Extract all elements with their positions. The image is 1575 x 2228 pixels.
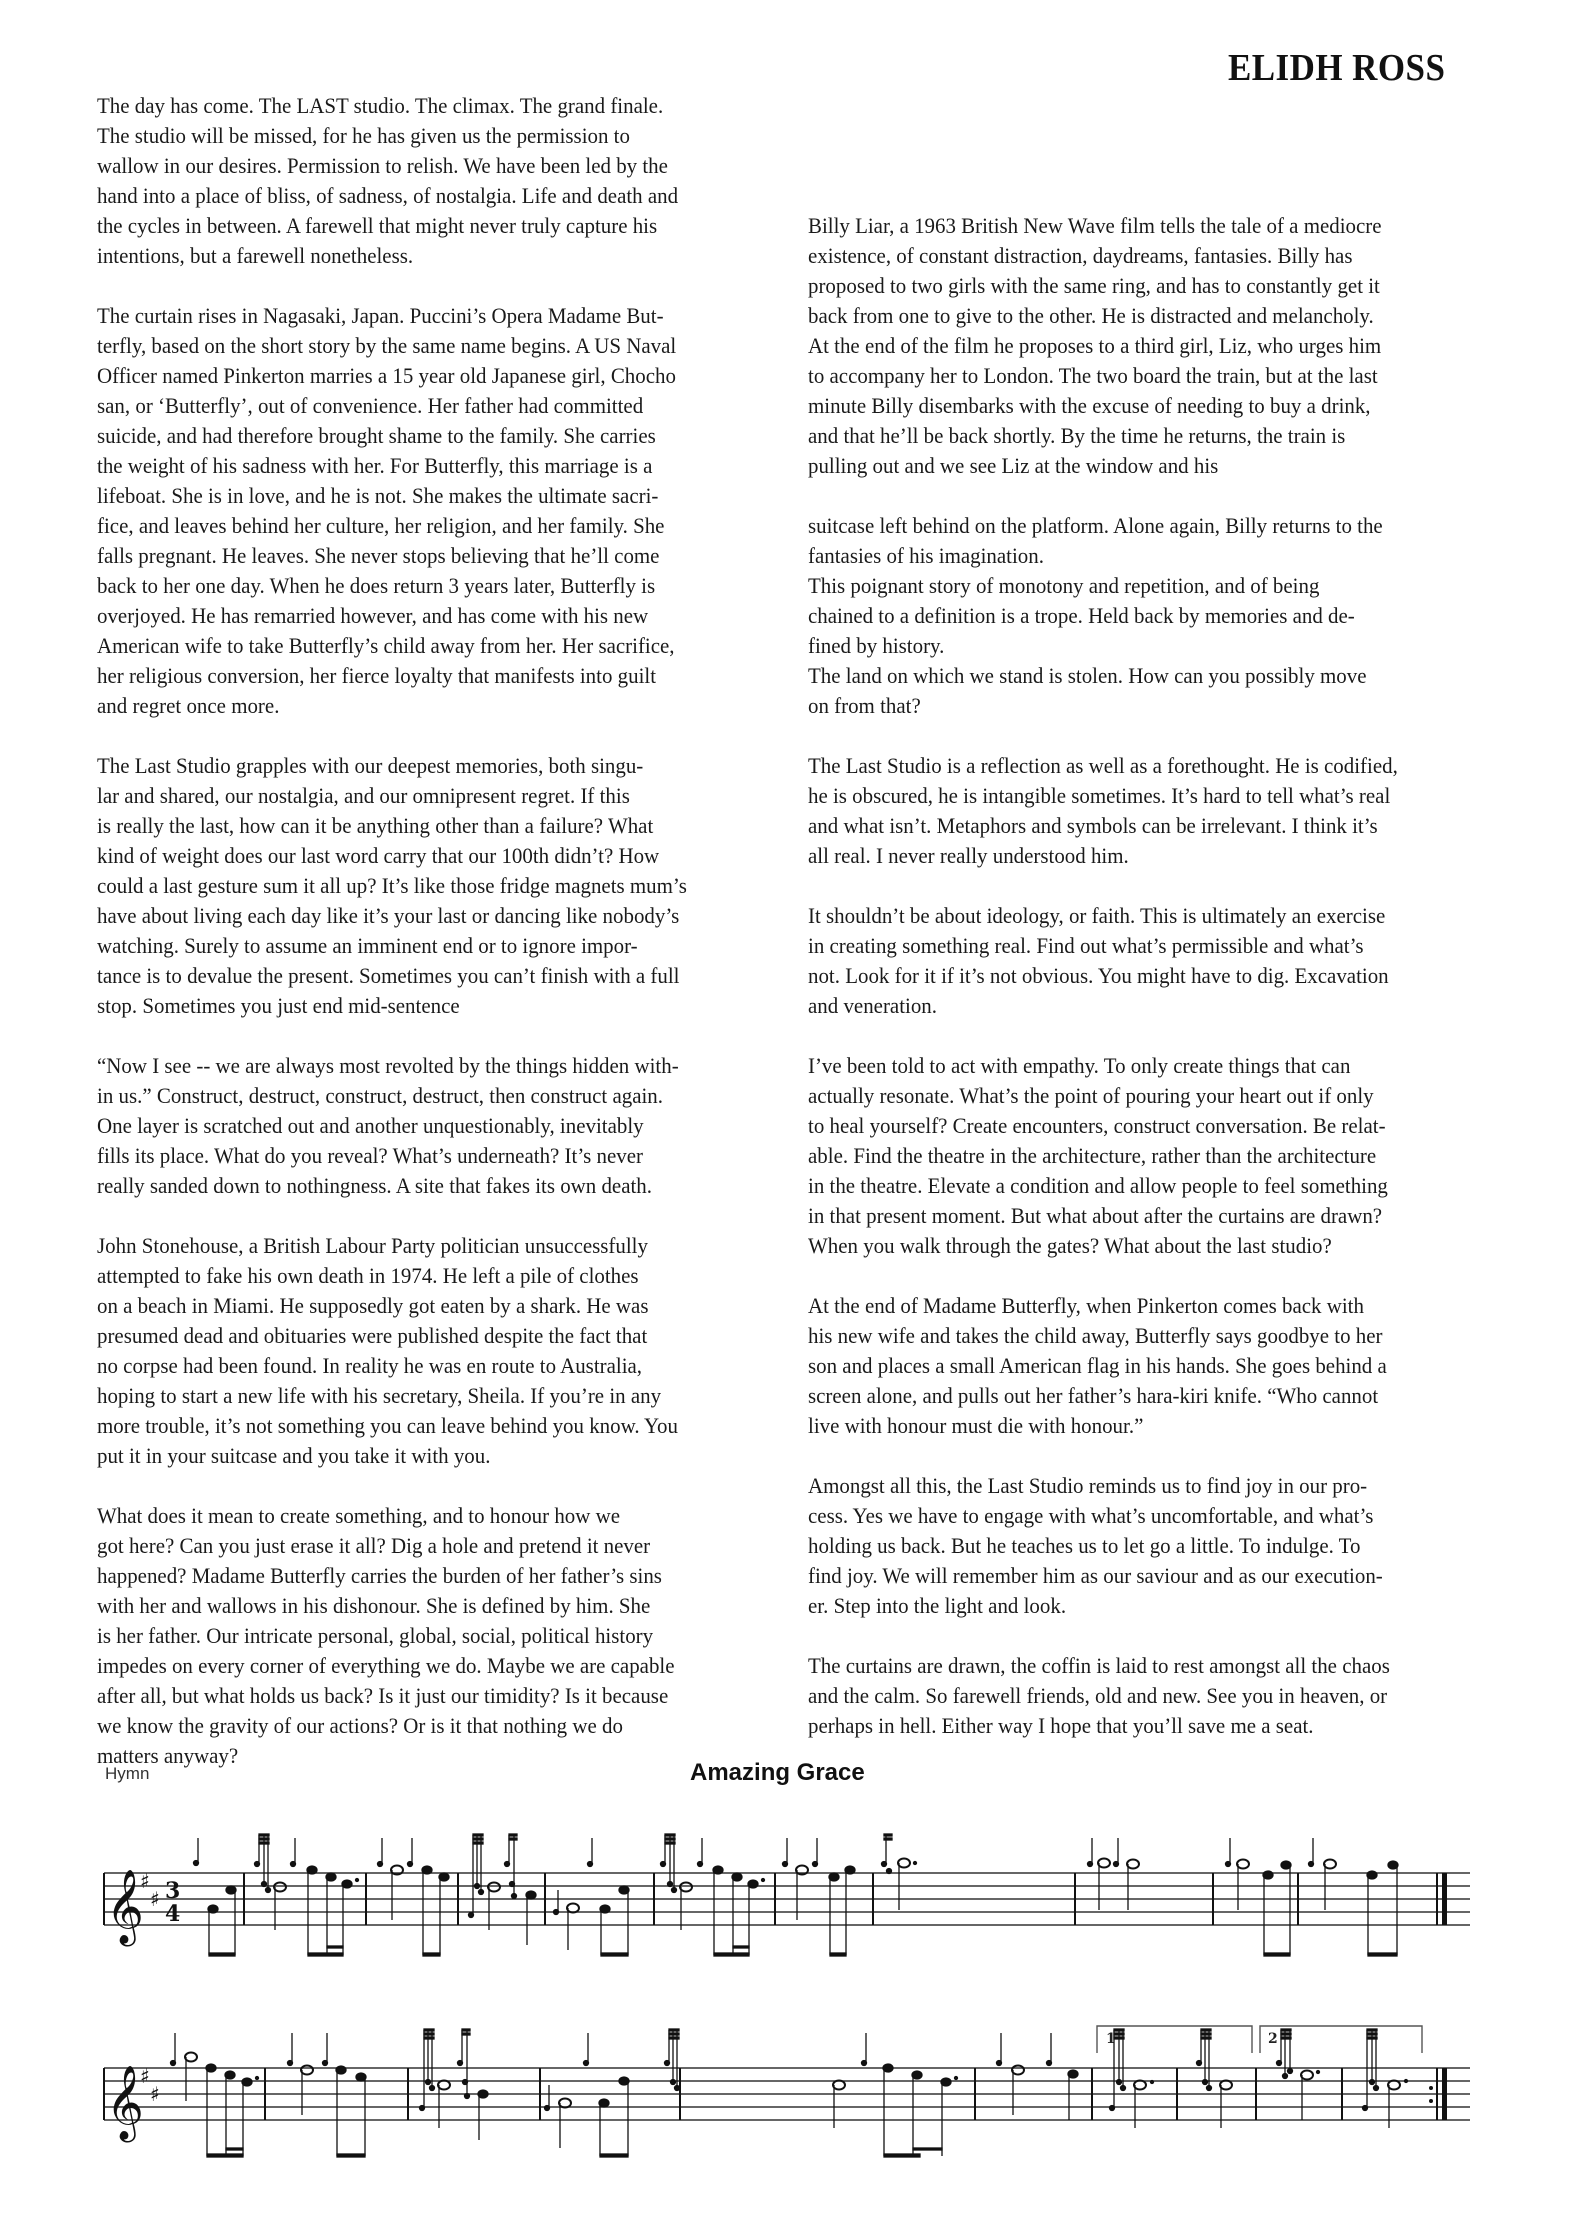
text-line: in that present moment. But what about a… <box>808 1201 1478 1231</box>
text-line: overjoyed. He has remarried however, and… <box>97 601 767 631</box>
text-line: cess. Yes we have to engage with what’s … <box>808 1501 1478 1531</box>
text-line: to heal yourself? Create encounters, con… <box>808 1111 1478 1141</box>
text-line: we know the gravity of our actions? Or i… <box>97 1711 767 1741</box>
text-line: impedes on every corner of everything we… <box>97 1651 767 1681</box>
music-title: Amazing Grace <box>690 1759 865 1787</box>
text-line: hand into a place of bliss, of sadness, … <box>97 181 767 211</box>
text-line: At the end of the film he proposes to a … <box>808 331 1478 361</box>
sheet-music: Hymn Amazing Grace 𝄞 ♯ ♯ 3 <box>0 1750 1575 2228</box>
paragraph: “Now I see -- we are always most revolte… <box>97 1051 817 1201</box>
text-line: perhaps in hell. Either way I hope that … <box>808 1711 1478 1741</box>
text-line: hoping to start a new life with his secr… <box>97 1381 767 1411</box>
text-line: Amongst all this, the Last Studio remind… <box>808 1471 1478 1501</box>
text-line: more trouble, it’s not something you can… <box>97 1411 767 1441</box>
text-line: terfly, based on the short story by the … <box>97 331 767 361</box>
text-line: kind of weight does our last word carry … <box>97 841 767 871</box>
text-line: It shouldn’t be about ideology, or faith… <box>808 901 1478 931</box>
svg-text:4: 4 <box>165 1901 180 1927</box>
svg-text:♯: ♯ <box>150 2082 160 2106</box>
text-line: live with honour must die with honour.” <box>808 1411 1478 1441</box>
paragraph: The Last Studio is a reflection as well … <box>808 751 1528 871</box>
text-line: American wife to take Butterfly’s child … <box>97 631 767 661</box>
text-line: not. Look for it if it’s not obvious. Yo… <box>808 961 1478 991</box>
text-line: falls pregnant. He leaves. She never sto… <box>97 541 767 571</box>
text-line: and that he’ll be back shortly. By the t… <box>808 421 1478 451</box>
text-line: The Last Studio is a reflection as well … <box>808 751 1478 781</box>
text-line: and veneration. <box>808 991 1478 1021</box>
text-line: in creating something real. Find out wha… <box>808 931 1478 961</box>
paragraph: Amongst all this, the Last Studio remind… <box>808 1471 1528 1621</box>
music-staff-2: 1 2 𝄞 ♯ ♯ <box>0 2010 1575 2190</box>
text-line: all real. I never really understood him. <box>808 841 1478 871</box>
text-line: suicide, and had therefore brought shame… <box>97 421 767 451</box>
volta-2-label: 2 <box>1268 2031 1278 2047</box>
text-line: lifeboat. She is in love, and he is not.… <box>97 481 767 511</box>
text-line: is her father. Our intricate personal, g… <box>97 1621 767 1651</box>
text-line: intentions, but a farewell nonetheless. <box>97 241 767 271</box>
text-line: When you walk through the gates? What ab… <box>808 1231 1478 1261</box>
text-line: got here? Can you just erase it all? Dig… <box>97 1531 767 1561</box>
text-line: is really the last, how can it be anythi… <box>97 811 767 841</box>
text-line: and regret once more. <box>97 691 767 721</box>
text-line: suitcase left behind on the platform. Al… <box>808 511 1478 541</box>
text-line: with her and wallows in his dishonour. S… <box>97 1591 767 1621</box>
music-staff-1: 𝄞 ♯ ♯ 3 4 <box>0 1820 1575 1990</box>
treble-clef-icon: 𝄞 <box>106 1870 144 1947</box>
left-text-column: The day has come. The LAST studio. The c… <box>97 91 817 1771</box>
text-line: chained to a definition is a trope. Held… <box>808 601 1478 631</box>
text-line: The curtains are drawn, the coffin is la… <box>808 1651 1478 1681</box>
text-line: find joy. We will remember him as our sa… <box>808 1561 1478 1591</box>
text-line: fills its place. What do you reveal? Wha… <box>97 1141 767 1171</box>
text-line: tance is to devalue the present. Sometim… <box>97 961 767 991</box>
paragraph: Billy Liar, a 1963 British New Wave film… <box>808 211 1528 481</box>
paragraph: The Last Studio grapples with our deepes… <box>97 751 817 1021</box>
paragraph: The curtains are drawn, the coffin is la… <box>808 1651 1528 1741</box>
text-line: able. Find the theatre in the architectu… <box>808 1141 1478 1171</box>
text-line: on from that? <box>808 691 1478 721</box>
text-line: in the theatre. Elevate a condition and … <box>808 1171 1478 1201</box>
text-line: At the end of Madame Butterfly, when Pin… <box>808 1291 1478 1321</box>
text-line: holding us back. But he teaches us to le… <box>808 1531 1478 1561</box>
paragraph: What does it mean to create something, a… <box>97 1501 817 1771</box>
text-line: have about living each day like it’s you… <box>97 901 767 931</box>
text-line: fice, and leaves behind her culture, her… <box>97 511 767 541</box>
text-line: the weight of his sadness with her. For … <box>97 451 767 481</box>
text-line: put it in your suitcase and you take it … <box>97 1441 767 1471</box>
text-line: he is obscured, he is intangible sometim… <box>808 781 1478 811</box>
paragraph: The curtain rises in Nagasaki, Japan. Pu… <box>97 301 817 721</box>
text-line: The curtain rises in Nagasaki, Japan. Pu… <box>97 301 767 331</box>
text-line: and the calm. So farewell friends, old a… <box>808 1681 1478 1711</box>
text-line: presumed dead and obituaries were publis… <box>97 1321 767 1351</box>
text-line: Officer named Pinkerton marries a 15 yea… <box>97 361 767 391</box>
text-line: The day has come. The LAST studio. The c… <box>97 91 767 121</box>
paragraph: I’ve been told to act with empathy. To o… <box>808 1051 1528 1261</box>
text-line: watching. Surely to assume an imminent e… <box>97 931 767 961</box>
svg-text:♯: ♯ <box>140 1869 150 1893</box>
text-line: san, or ‘Butterfly’, out of convenience.… <box>97 391 767 421</box>
text-line: Billy Liar, a 1963 British New Wave film… <box>808 211 1478 241</box>
text-line: the cycles in between. A farewell that m… <box>97 211 767 241</box>
text-line: attempted to fake his own death in 1974.… <box>97 1261 767 1291</box>
text-line: fined by history. <box>808 631 1478 661</box>
text-line: wallow in our desires. Permission to rel… <box>97 151 767 181</box>
text-line: “Now I see -- we are always most revolte… <box>97 1051 767 1081</box>
paragraph: It shouldn’t be about ideology, or faith… <box>808 901 1528 1021</box>
text-line: stop. Sometimes you just end mid-sentenc… <box>97 991 767 1021</box>
text-line: happened? Madame Butterfly carries the b… <box>97 1561 767 1591</box>
text-line: actually resonate. What’s the point of p… <box>808 1081 1478 1111</box>
text-line: back to her one day. When he does return… <box>97 571 767 601</box>
author-name: ELIDH ROSS <box>1228 46 1445 90</box>
right-text-column: Billy Liar, a 1963 British New Wave film… <box>808 211 1528 1741</box>
text-line: I’ve been told to act with empathy. To o… <box>808 1051 1478 1081</box>
paragraph: suitcase left behind on the platform. Al… <box>808 511 1528 721</box>
text-line: John Stonehouse, a British Labour Party … <box>97 1231 767 1261</box>
text-line: This poignant story of monotony and repe… <box>808 571 1478 601</box>
svg-text:♯: ♯ <box>150 1887 160 1911</box>
text-line: back from one to give to the other. He i… <box>808 301 1478 331</box>
text-line: on a beach in Miami. He supposedly got e… <box>97 1291 767 1321</box>
paragraph: John Stonehouse, a British Labour Party … <box>97 1231 817 1471</box>
text-line: in us.” Construct, destruct, construct, … <box>97 1081 767 1111</box>
text-line: The studio will be missed, for he has gi… <box>97 121 767 151</box>
text-line: no corpse had been found. In reality he … <box>97 1351 767 1381</box>
text-line: screen alone, and pulls out her father’s… <box>808 1381 1478 1411</box>
hymn-label: Hymn <box>105 1764 149 1784</box>
text-line: after all, but what holds us back? Is it… <box>97 1681 767 1711</box>
text-line: son and places a small American flag in … <box>808 1351 1478 1381</box>
paragraph: The day has come. The LAST studio. The c… <box>97 91 817 271</box>
text-line: minute Billy disembarks with the excuse … <box>808 391 1478 421</box>
svg-text:♯: ♯ <box>140 2064 150 2088</box>
text-line: could a last gesture sum it all up? It’s… <box>97 871 767 901</box>
text-line: to accompany her to London. The two boar… <box>808 361 1478 391</box>
text-line: his new wife and takes the child away, B… <box>808 1321 1478 1351</box>
text-line: really sanded down to nothingness. A sit… <box>97 1171 767 1201</box>
text-line: pulling out and we see Liz at the window… <box>808 451 1478 481</box>
text-line: The Last Studio grapples with our deepes… <box>97 751 767 781</box>
text-line: The land on which we stand is stolen. Ho… <box>808 661 1478 691</box>
treble-clef-icon: 𝄞 <box>106 2066 144 2143</box>
text-line: existence, of constant distraction, dayd… <box>808 241 1478 271</box>
text-line: One layer is scratched out and another u… <box>97 1111 767 1141</box>
text-line: proposed to two girls with the same ring… <box>808 271 1478 301</box>
text-line: and what isn’t. Metaphors and symbols ca… <box>808 811 1478 841</box>
text-line: What does it mean to create something, a… <box>97 1501 767 1531</box>
paragraph: At the end of Madame Butterfly, when Pin… <box>808 1291 1528 1441</box>
text-line: er. Step into the light and look. <box>808 1591 1478 1621</box>
text-line: her religious conversion, her fierce loy… <box>97 661 767 691</box>
text-line: lar and shared, our nostalgia, and our o… <box>97 781 767 811</box>
text-line: fantasies of his imagination. <box>808 541 1478 571</box>
